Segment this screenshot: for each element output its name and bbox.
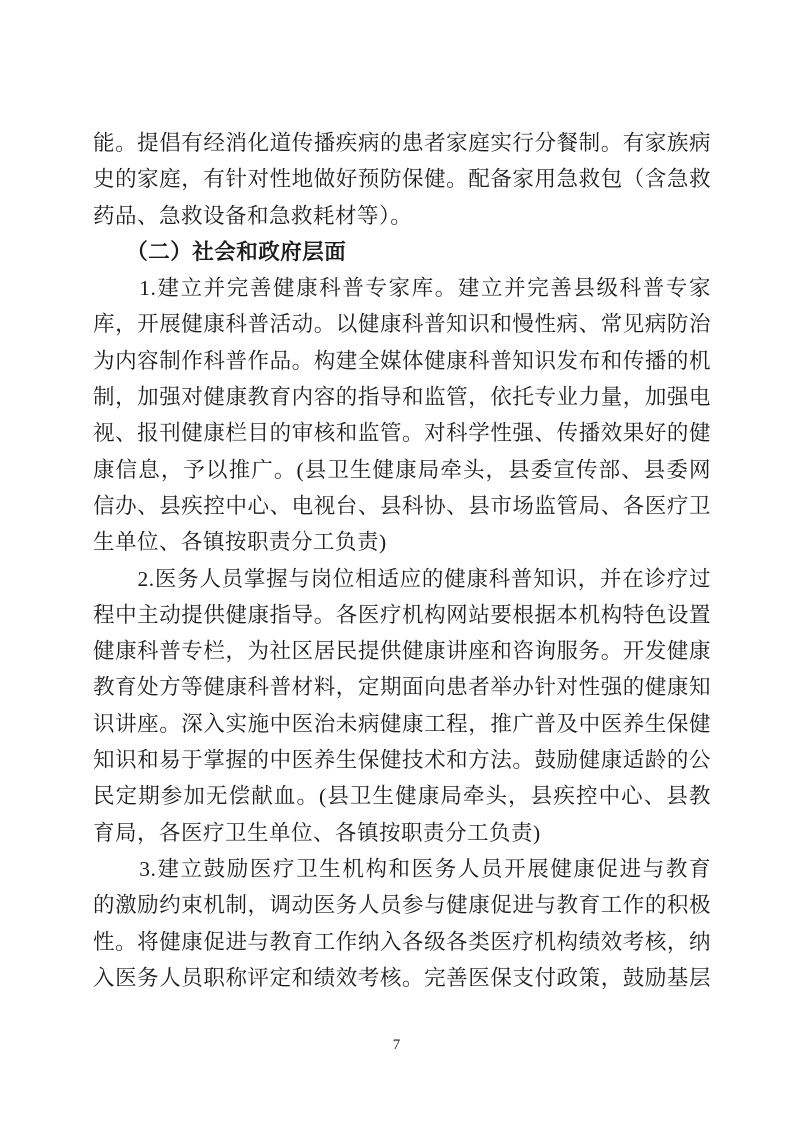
- text-line: 性。将健康促进与教育工作纳入各级各类医疗机构绩效考核，纳: [93, 924, 711, 960]
- text-line: 健康科普专栏，为社区居民提供健康讲座和咨询服务。开发健康: [93, 633, 711, 669]
- text-line: 能。提倡有经消化道传播疾病的患者家庭实行分餐制。有家族病: [93, 125, 711, 161]
- document-page: 能。提倡有经消化道传播疾病的患者家庭实行分餐制。有家族病史的家庭，有针对性地做好…: [0, 0, 793, 1122]
- text-line: 育局，各医疗卫生单位、各镇按职责分工负责): [93, 815, 711, 851]
- text-line: 生单位、各镇按职责分工负责): [93, 524, 711, 560]
- text-line: 信办、县疾控中心、电视台、县科协、县市场监管局、各医疗卫: [93, 488, 711, 524]
- text-line: 为内容制作科普作品。构建全媒体健康科普知识发布和传播的机: [93, 343, 711, 379]
- text-line: 史的家庭，有针对性地做好预防保健。配备家用急救包（含急救: [93, 161, 711, 197]
- text-line: 1.建立并完善健康科普专家库。建立并完善县级科普专家: [93, 270, 711, 306]
- page-number: 7: [393, 1037, 401, 1053]
- text-line: 视、报刊健康栏目的审核和监管。对科学性强、传播效果好的健: [93, 415, 711, 451]
- text-line: 的激励约束机制，调动医务人员参与健康促进与教育工作的积极: [93, 887, 711, 923]
- section-heading: （二）社会和政府层面: [93, 234, 711, 270]
- text-line: 3.建立鼓励医疗卫生机构和医务人员开展健康促进与教育: [93, 851, 711, 887]
- text-line: 知识和易于掌握的中医养生保健技术和方法。鼓励健康适龄的公: [93, 742, 711, 778]
- text-line: 教育处方等健康科普材料，定期面向患者举办针对性强的健康知: [93, 669, 711, 705]
- text-line: 2.医务人员掌握与岗位相适应的健康科普知识，并在诊疗过: [93, 561, 711, 597]
- document-body: 能。提倡有经消化道传播疾病的患者家庭实行分餐制。有家族病史的家庭，有针对性地做好…: [93, 125, 711, 996]
- text-line: 识讲座。深入实施中医治未病健康工程，推广普及中医养生保健: [93, 706, 711, 742]
- text-line: 民定期参加无偿献血。(县卫生健康局牵头，县疾控中心、县教: [93, 778, 711, 814]
- text-line: 入医务人员职称评定和绩效考核。完善医保支付政策，鼓励基层: [93, 960, 711, 996]
- text-line: 制，加强对健康教育内容的指导和监管，依托专业力量，加强电: [93, 379, 711, 415]
- page-footer: 7: [0, 1036, 793, 1054]
- text-line: 库，开展健康科普活动。以健康科普知识和慢性病、常见病防治: [93, 306, 711, 342]
- text-line: 程中主动提供健康指导。各医疗机构网站要根据本机构特色设置: [93, 597, 711, 633]
- text-line: 药品、急救设备和急救耗材等）。: [93, 198, 711, 234]
- text-line: 康信息，予以推广。(县卫生健康局牵头，县委宣传部、县委网: [93, 452, 711, 488]
